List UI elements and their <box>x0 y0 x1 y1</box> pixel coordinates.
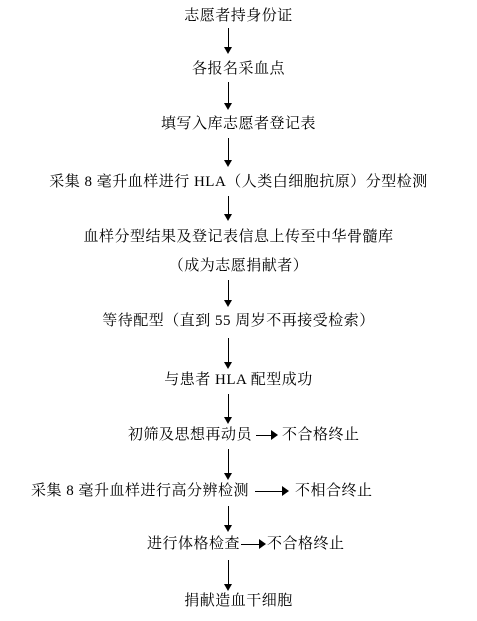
step-donate-stem-cells: 捐献造血干细胞 <box>0 591 477 611</box>
down-arrow-icon <box>224 506 233 532</box>
down-arrow-icon <box>224 280 233 307</box>
down-arrow-icon <box>224 196 233 221</box>
terminate-unqualified-1: 不合格终止 <box>282 425 360 445</box>
right-arrow-icon <box>255 486 289 496</box>
terminate-unqualified-2: 不合格终止 <box>267 534 345 554</box>
step-upload-to-registry-line1: 血样分型结果及登记表信息上传至中华骨髓库 <box>0 227 477 247</box>
step-physical-exam-row: 进行体格检查 不合格终止 <box>147 534 345 554</box>
right-arrow-icon <box>256 430 278 440</box>
down-arrow-icon <box>224 28 233 54</box>
down-arrow-icon <box>224 82 233 110</box>
step-physical-exam: 进行体格检查 <box>147 534 240 554</box>
step-hla-typing-test: 采集 8 毫升血样进行 HLA（人类白细胞抗原）分型检测 <box>0 172 477 192</box>
step-upload-to-registry-line2: （成为志愿捐献者） <box>0 256 477 276</box>
step-high-resolution-test-row: 采集 8 毫升血样进行高分辨检测 不相合终止 <box>31 481 373 501</box>
step-wait-for-matching: 等待配型（直到 55 周岁不再接受检索） <box>0 311 477 331</box>
step-initial-screening-row: 初筛及思想再动员 不合格终止 <box>128 425 360 445</box>
donation-flowchart: 志愿者持身份证 各报名采血点 填写入库志愿者登记表 采集 8 毫升血样进行 HL… <box>0 0 477 621</box>
step-initial-screening: 初筛及思想再动员 <box>128 425 252 445</box>
step-hla-match-success: 与患者 HLA 配型成功 <box>0 370 477 390</box>
step-high-resolution-test: 采集 8 毫升血样进行高分辨检测 <box>31 481 249 501</box>
step-volunteer-id-card: 志愿者持身份证 <box>0 6 477 26</box>
down-arrow-icon <box>224 394 233 424</box>
step-registration-form: 填写入库志愿者登记表 <box>0 114 477 134</box>
down-arrow-icon <box>224 338 233 369</box>
down-arrow-icon <box>224 138 233 167</box>
right-arrow-icon <box>241 539 266 549</box>
terminate-mismatch: 不相合终止 <box>295 481 373 501</box>
down-arrow-icon <box>224 560 233 591</box>
down-arrow-icon <box>224 449 233 480</box>
step-blood-collection-point: 各报名采血点 <box>0 59 477 79</box>
